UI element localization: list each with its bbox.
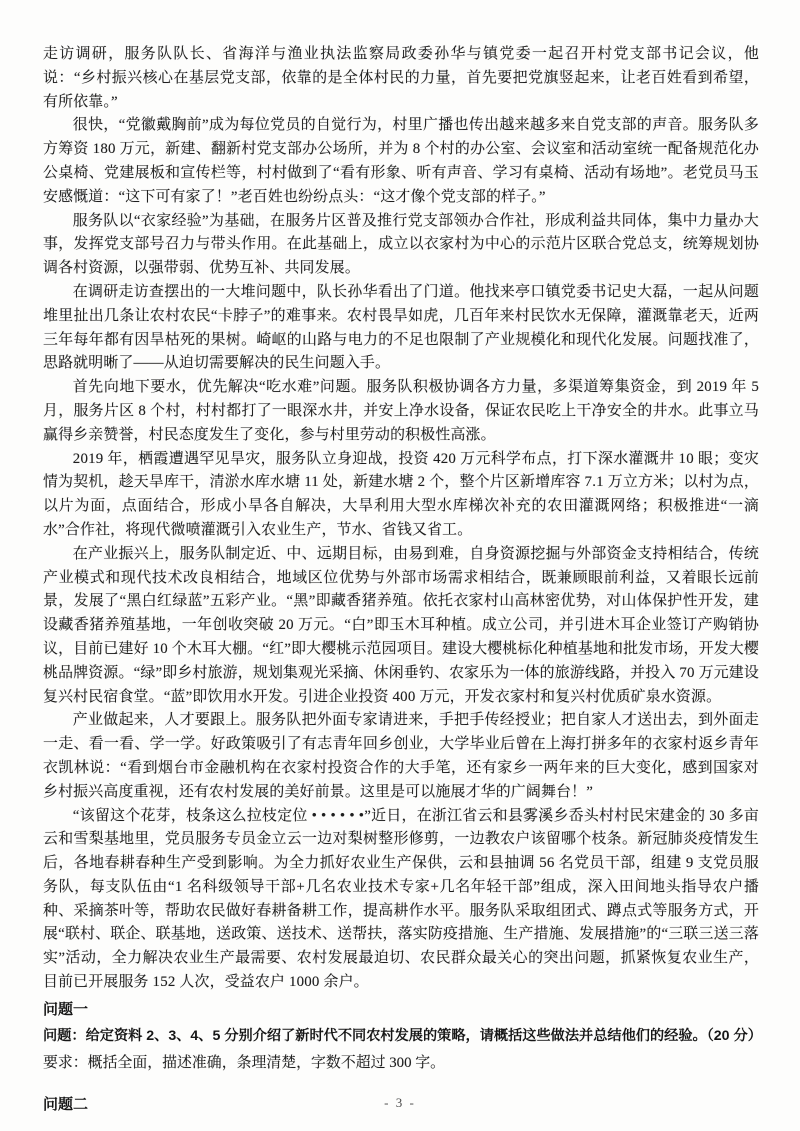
paragraph: 服务队以“衣家经验”为基础，在服务片区普及推行党支部领办合作社，形成利益共同体，… <box>43 210 759 281</box>
question-one-requirement: 要求：概括全面，描述准确，条理清楚，字数不超过 300 字。 <box>43 1050 759 1077</box>
paragraph: 2019 年，栖霞遭遇罕见旱灾，服务队立身迎战，投资 420 万元科学布点，打下… <box>43 448 759 543</box>
document-body: 走访调研，服务队队长、省海洋与渔业执法监察局政委孙华与镇党委一起召开村党支部书记… <box>43 43 759 1118</box>
paragraph: 在调研走访查摆出的一大堆问题中，队长孙华看出了门道。他找来亭口镇党委书记史大磊，… <box>43 281 759 376</box>
document-page: 走访调研，服务队队长、省海洋与渔业执法监察局政委孙华与镇党委一起召开村党支部书记… <box>0 0 800 1131</box>
paragraph: “该留这个花芽，枝条这么拉枝定位 • • • • • •”近日，在浙江省云和县雾… <box>43 805 759 995</box>
page-number: - 3 - <box>0 1095 800 1111</box>
paragraph: 很快，“党徽戴胸前”成为每位党员的自觉行为，村里广播也传出越来越多来自党支部的声… <box>43 114 759 209</box>
question-one-text: 问题：给定资料 2、3、4、5 分别介绍了新时代不同农村发展的策略，请概括这些做… <box>43 1023 759 1050</box>
paragraph: 产业做起来，人才要跟上。服务队把外面专家请进来，手把手传经授业；把自家人才送出去… <box>43 709 759 804</box>
paragraph-continuation: 走访调研，服务队队长、省海洋与渔业执法监察局政委孙华与镇党委一起召开村党支部书记… <box>43 43 759 114</box>
paragraph: 在产业振兴上，服务队制定近、中、远期目标，由易到难，自身资源挖掘与外部资金支持相… <box>43 543 759 710</box>
question-one-heading: 问题一 <box>43 997 759 1023</box>
paragraph: 首先向地下要水，优先解决“吃水难”问题。服务队积极协调各方力量，多渠道筹集资金，… <box>43 376 759 447</box>
